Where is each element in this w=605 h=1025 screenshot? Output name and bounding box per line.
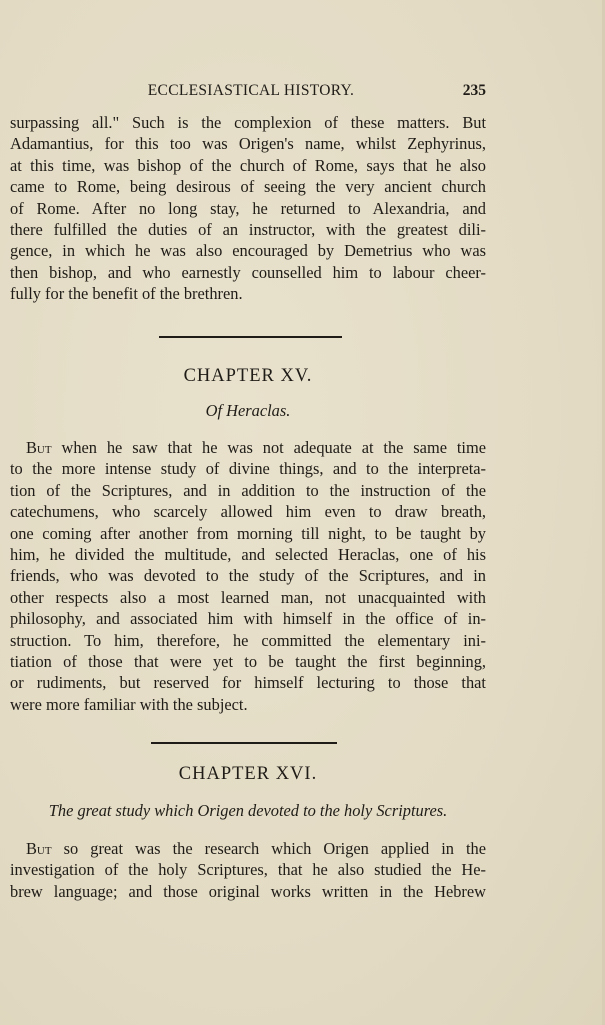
text-line-first: But so great was the research which Orig… (10, 838, 486, 859)
section-divider-rule (151, 742, 337, 744)
text-line: catechumens, who scarcely allowed him ev… (10, 501, 486, 522)
running-title: ECCLESIASTICAL HISTORY. (12, 82, 486, 100)
drop-word: But (26, 438, 52, 457)
text-line: brew language; and those original works … (10, 881, 486, 902)
text-line: him, he divided the multitude, and selec… (10, 544, 486, 565)
text-line: gence, in which he was also encouraged b… (10, 240, 486, 261)
book-page: ECCLESIASTICAL HISTORY. 235 surpassing a… (0, 0, 605, 1025)
chapter-subtitle: The great study which Origen devoted to … (10, 801, 486, 821)
text-line: to the more intense study of divine thin… (10, 458, 486, 479)
chapter-title: CHAPTER XV. (10, 366, 486, 387)
drop-word: But (26, 839, 52, 858)
text-line: investigation of the holy Scriptures, th… (10, 859, 486, 880)
text-line: friends, who was devoted to the study of… (10, 565, 486, 586)
text-line: philosophy, and associated him with hims… (10, 608, 486, 629)
text-line: struction. To him, therefore, he committ… (10, 630, 486, 651)
text-line: surpassing all." Such is the complexion … (10, 112, 486, 133)
continuation-paragraph: surpassing all." Such is the complexion … (10, 112, 486, 305)
text-line: there fulfilled the duties of an instruc… (10, 219, 486, 240)
text-line: tiation of those that were yet to be tau… (10, 651, 486, 672)
chapter-subtitle: Of Heraclas. (10, 401, 486, 421)
text-line: tion of the Scriptures, and in addition … (10, 480, 486, 501)
text-line: one coming after another from morning ti… (10, 523, 486, 544)
text-line: came to Rome, being desirous of seeing t… (10, 176, 486, 197)
text-line: or rudiments, but reserved for himself l… (10, 672, 486, 693)
chapter-15-paragraph: But when he saw that he was not adequate… (10, 437, 486, 715)
text-line: were more familiar with the subject. (10, 694, 486, 715)
text-line: Adamantius, for this too was Origen's na… (10, 133, 486, 154)
text-line: fully for the benefit of the brethren. (10, 283, 486, 304)
text-line: of Rome. After no long stay, he returned… (10, 198, 486, 219)
text-line: at this time, was bishop of the church o… (10, 155, 486, 176)
text-line: other respects also a most learned man, … (10, 587, 486, 608)
text-line: then bishop, and who earnestly counselle… (10, 262, 486, 283)
section-divider-rule (159, 336, 342, 338)
chapter-title: CHAPTER XVI. (10, 764, 486, 785)
page-number: 235 (463, 82, 486, 100)
text-line-first: But when he saw that he was not adequate… (10, 437, 486, 458)
chapter-16-paragraph: But so great was the research which Orig… (10, 838, 486, 902)
running-head: ECCLESIASTICAL HISTORY. 235 (12, 82, 486, 102)
